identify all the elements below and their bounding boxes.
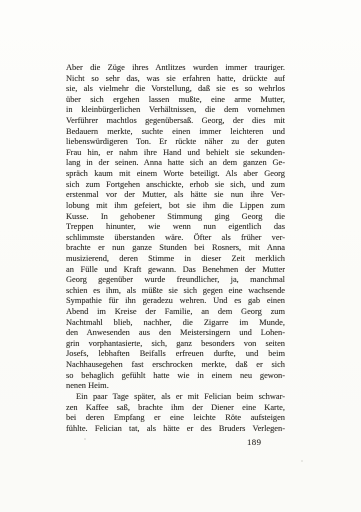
text-line: den Anwesenden aus den Meistersingern un…: [66, 328, 285, 339]
text-line: spräch kaum mit einem Worte beteiligt. A…: [66, 169, 285, 180]
text-line: bei deren Empfang er eine leichte Röte a…: [66, 413, 285, 424]
text-line: lobung mit ihm gefeiert, bot sie ihm die…: [66, 201, 285, 212]
text-line: Aber die Züge ihres Antlitzes wurden imm…: [66, 63, 285, 74]
page-number: 189: [247, 437, 269, 447]
text-line: Kusse. In gehobener Stimmung ging Georg …: [66, 212, 285, 223]
text-line: an Fülle und Kraft gewann. Das Benehmen …: [66, 265, 285, 276]
text-line: Nachhausegehen fast erschrocken merkte, …: [66, 360, 285, 371]
text-line: schien es ihm, als müßte sie sich gegen …: [66, 286, 285, 297]
text-line: lang in der seinen. Anna hatte sich an d…: [66, 158, 285, 169]
text-line: liebenswürdigeren Ton. Er rückte näher z…: [66, 137, 285, 148]
text-line: musizierend, deren Stimme in dieser Zeit…: [66, 254, 285, 265]
text-line: Bedauern merkte, suchte einen immer leic…: [66, 127, 285, 138]
text-line: Verführer machtlos gegenübersaß. Georg, …: [66, 116, 285, 127]
text-line: Nachtmahl blieb, nachher, die Zigarre im…: [66, 318, 285, 329]
text-line: zen Kaffee saß, brachte ihm der Diener e…: [66, 403, 285, 414]
scan-speck: [301, 460, 303, 462]
text-line: sie, als vielmehr die Vorstellung, daß s…: [66, 84, 285, 95]
text-line: nenen Heim.: [66, 381, 285, 392]
text-line: Sympathie für ihn geradezu wehren. Und e…: [66, 296, 285, 307]
text-line: Josefs, lebhaften Beifalls erfreuen durf…: [66, 349, 285, 360]
text-line: Nicht so sehr das, was sie erfahren hatt…: [66, 74, 285, 85]
text-line: brachte er nun ganze Stunden bei Rosners…: [66, 243, 285, 254]
book-page: Aber die Züge ihres Antlitzes wurden imm…: [0, 0, 361, 512]
text-line: so behaglich gefühlt hatte wie in einem …: [66, 371, 285, 382]
text-line: fühlte. Felician tat, als hätte er des B…: [66, 424, 285, 435]
text-line: sich zum Fortgehen anschickte, erhob sie…: [66, 180, 285, 191]
page-text: Aber die Züge ihres Antlitzes wurden imm…: [66, 63, 285, 434]
text-line: Ein paar Tage später, als er mit Felicia…: [66, 392, 285, 403]
text-line: Frau hin, er nahm ihre Hand und behielt …: [66, 148, 285, 159]
text-line: erstenmal vor der Mutter, als hätte sie …: [66, 190, 285, 201]
text-line: Georg gegenüber wurde freundlicher, ja, …: [66, 275, 285, 286]
text-line: über sich ergehen lassen mußte, eine arm…: [66, 95, 285, 106]
text-line: grin vorphantasierte, sich, ganz besonde…: [66, 339, 285, 350]
text-line: Treppen hinunter, wie wenn nun eigentlic…: [66, 222, 285, 233]
text-line: schlimmste überstanden wäre. Öfter als f…: [66, 233, 285, 244]
scan-speck: [84, 438, 86, 440]
text-line: Abend im Kreise der Familie, an dem Geor…: [66, 307, 285, 318]
text-line: in kleinbürgerlichen Verhältnissen, die …: [66, 105, 285, 116]
